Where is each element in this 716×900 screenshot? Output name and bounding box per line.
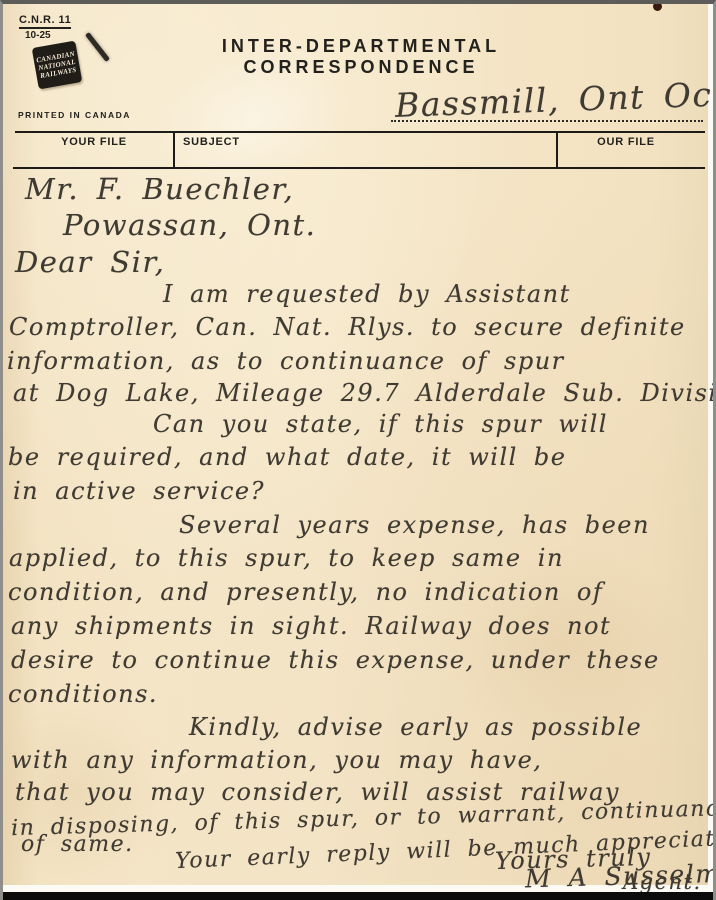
date-rule [391, 120, 703, 122]
scanned-letter: C.N.R. 11 10-25 CANADIAN NATIONAL RAILWA… [0, 0, 716, 900]
handwritten-line: any shipments in sight. Railway does not [11, 612, 611, 640]
recipient-place: Powassan, Ont. [63, 208, 316, 242]
page-title: INTER-DEPARTMENTAL CORRESPONDENCE [111, 36, 611, 78]
handwritten-line: at Dog Lake, Mileage 29.7 Alderdale Sub.… [13, 379, 716, 407]
punch-hole [653, 2, 662, 11]
subject-label: SUBJECT [183, 136, 240, 148]
our-file-label: OUR FILE [556, 136, 696, 148]
handwritten-line: with any information, you may have, [11, 746, 542, 774]
form-date-code: 10-25 [25, 30, 51, 41]
handwritten-line: Several years expense, has been [179, 511, 650, 539]
letter-paper: C.N.R. 11 10-25 CANADIAN NATIONAL RAILWA… [3, 4, 708, 885]
staple-mark [85, 32, 110, 62]
handwritten-line: be required, and what date, it will be [8, 443, 567, 471]
handwritten-line: of same. [21, 832, 134, 857]
handwritten-line: information, as to continuance of spur [7, 347, 565, 375]
handwritten-line: desire to continue this expense, under t… [11, 646, 660, 674]
table-divider-1 [173, 132, 175, 168]
handwritten-line: Comptroller, Can. Nat. Rlys. to secure d… [9, 313, 686, 341]
your-file-label: YOUR FILE [15, 136, 173, 148]
table-line-bottom [13, 167, 705, 169]
salutation: Dear Sir, [15, 245, 165, 279]
scan-edge [3, 892, 713, 900]
handwritten-dateline: Bassmill, Ont Oct 24-34 [394, 70, 716, 125]
recipient-name: Mr. F. Buechler, [25, 172, 294, 206]
handwritten-line: Kindly, advise early as possible [189, 713, 642, 741]
handwritten-line: in active service? [13, 477, 265, 505]
handwritten-line: I am requested by Assistant [163, 280, 571, 308]
handwritten-line: condition, and presently, no indication … [8, 578, 603, 606]
form-number: C.N.R. 11 [19, 14, 71, 29]
handwritten-line: Can you state, if this spur will [153, 410, 608, 438]
handwritten-line: applied, to this spur, to keep same in [9, 544, 564, 572]
printed-in-canada-label: PRINTED IN CANADA [18, 110, 131, 120]
handwritten-line: conditions. [8, 680, 158, 708]
signature-title: Agent. [623, 870, 702, 894]
cnr-logo: CANADIAN NATIONAL RAILWAYS [32, 40, 83, 89]
table-line-top [15, 131, 705, 133]
